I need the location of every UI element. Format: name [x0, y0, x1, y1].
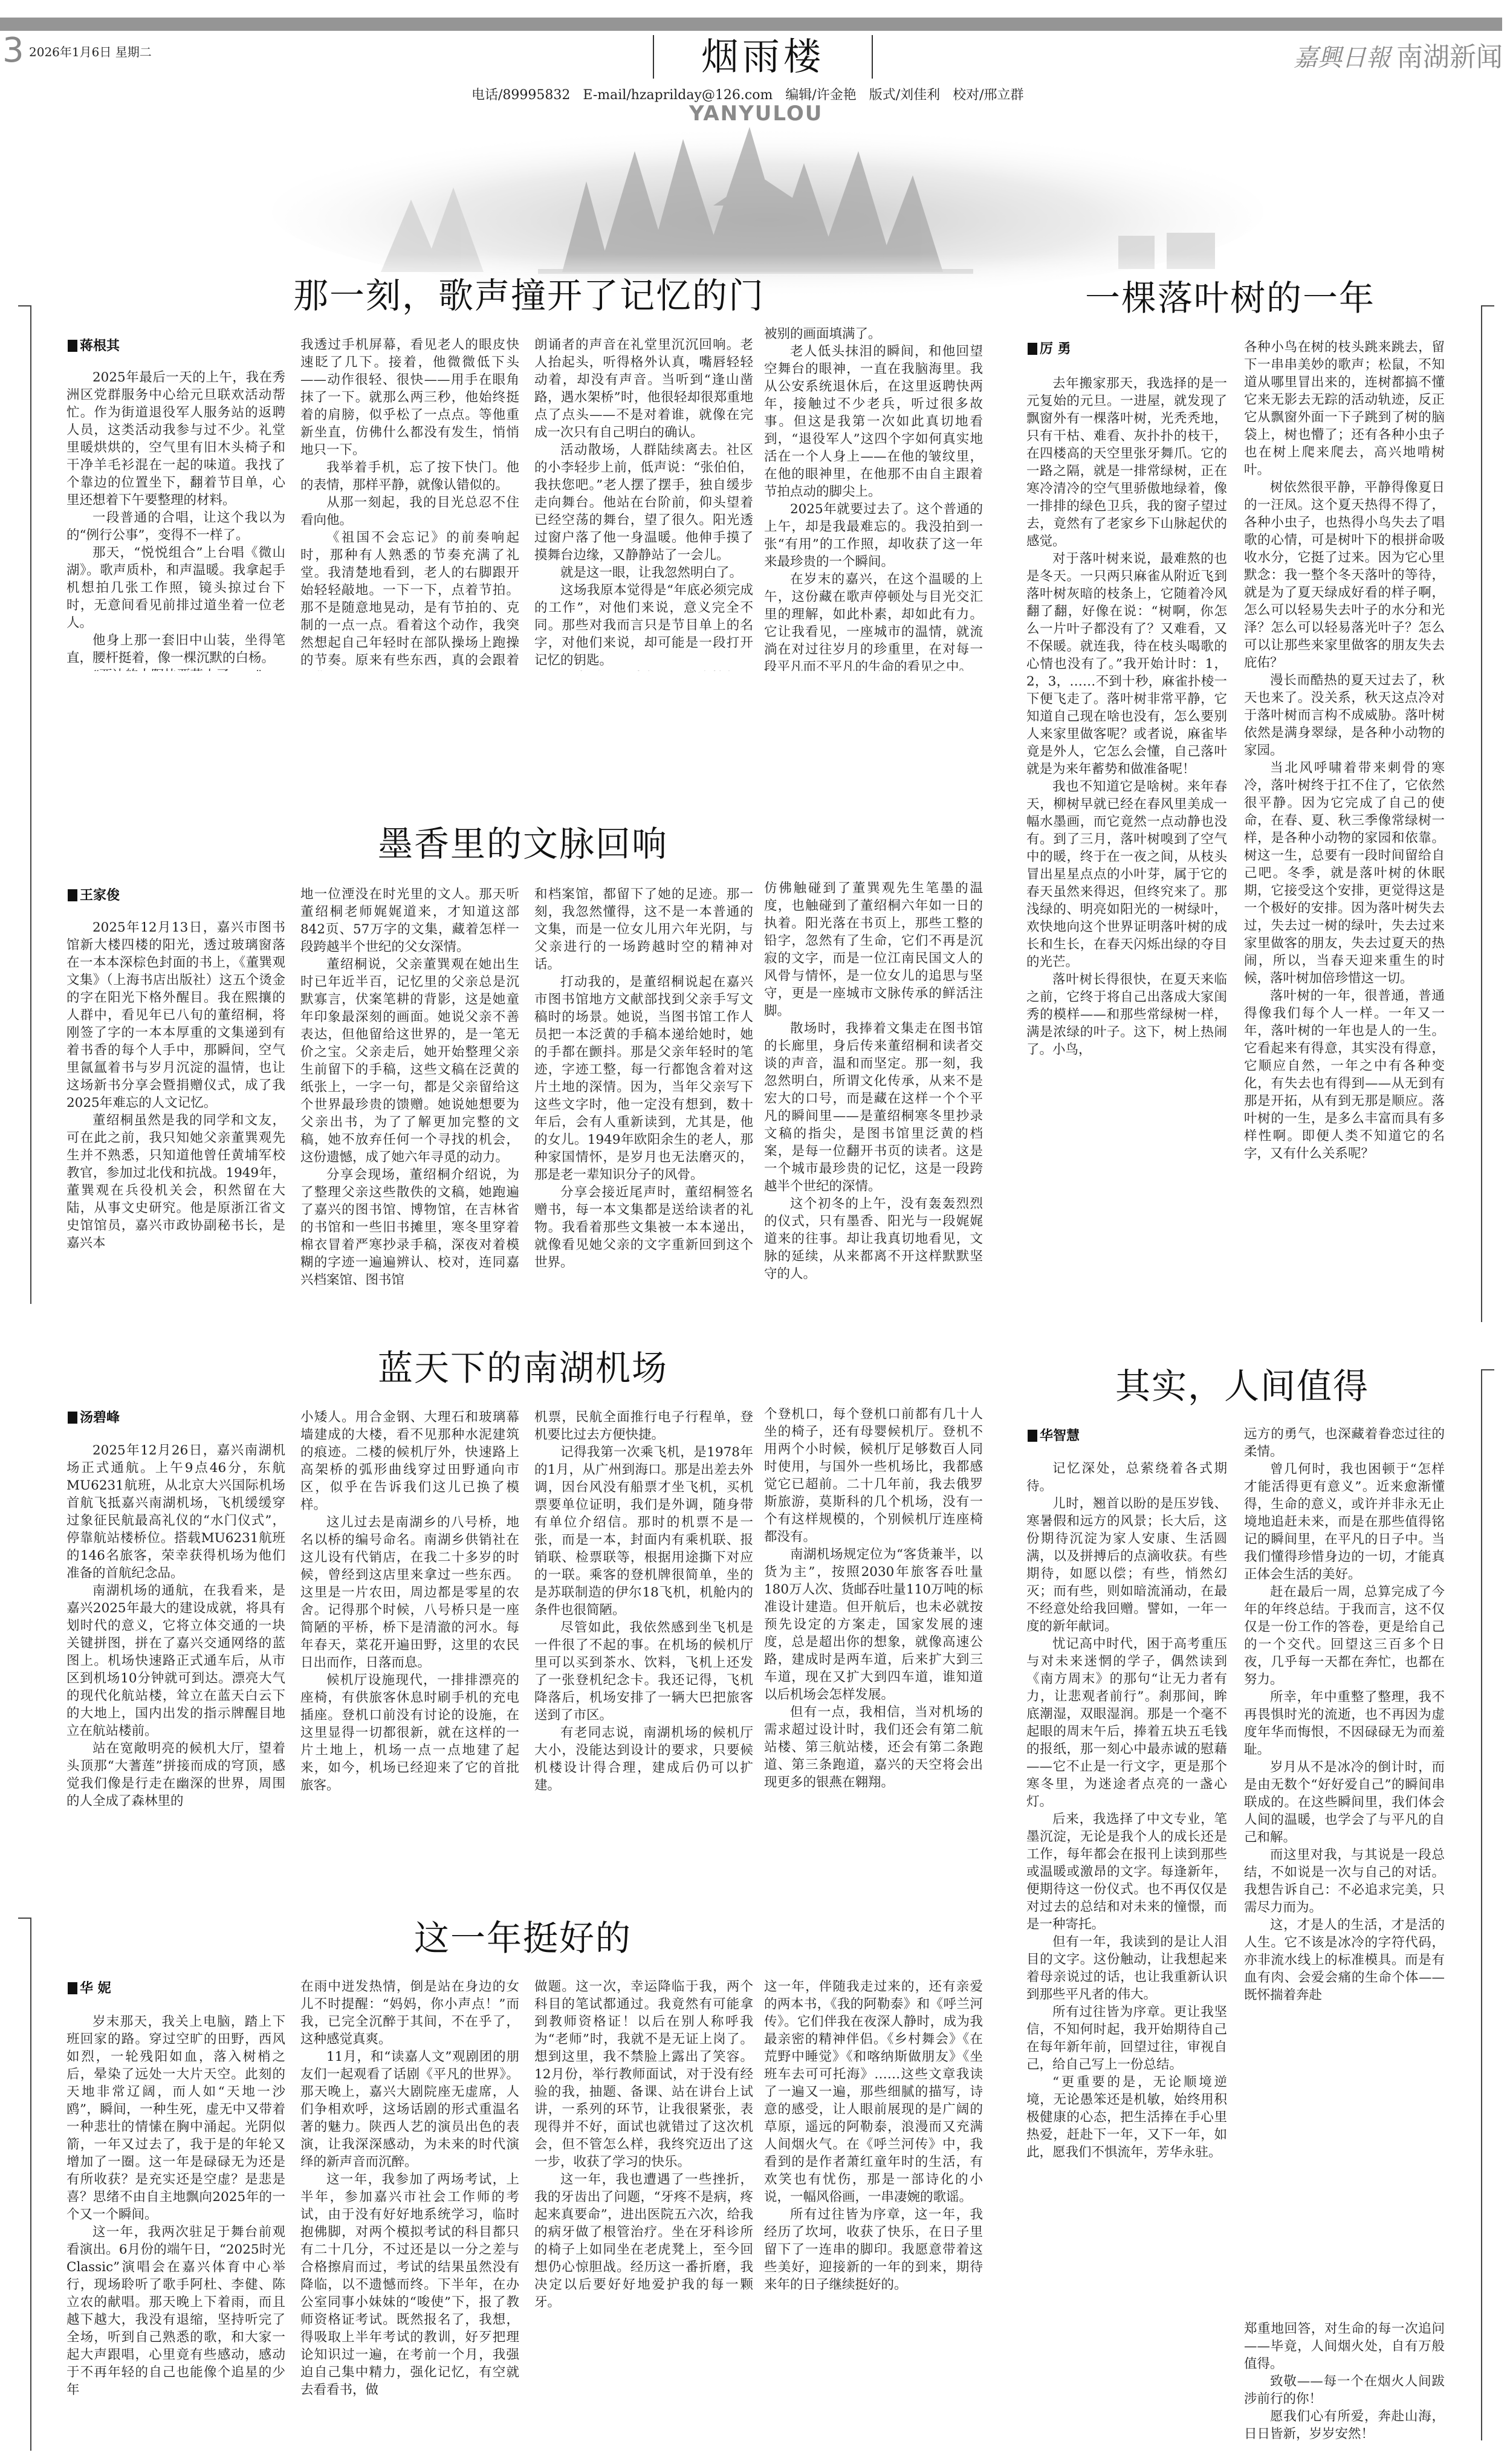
article-paragraph: 远方的勇气，也深藏着眷恋过往的柔情。: [1244, 1425, 1445, 1461]
article-paragraph: 这一年，伴随我走过来的，还有亲爱的两本书，《我的阿勒泰》和《呼兰河传》。它们伴我…: [764, 1978, 983, 2206]
byline-marker-icon: [68, 1412, 77, 1424]
article-paragraph: 尽管如此，我依然感到坐飞机是一件很了不起的事。在机场的候机厅里可以买到茶水、饮料…: [534, 1619, 753, 1724]
author-name: 王家俊: [80, 888, 120, 903]
section-title: 烟雨楼: [701, 34, 825, 79]
article-column: 2025年12月26日，嘉兴南湖机场正式通航。上午9点46分，东航MU6231航…: [66, 1442, 285, 1865]
article-paragraph: 小矮人。用合金钢、大理石和玻璃幕墙建成的大楼，看不见那种水泥建筑的痕迹。二楼的候…: [300, 1409, 519, 1514]
article-column: 各种小鸟在树的枝头跳来跳去，留下一串串美妙的歌声；松鼠，不知道从哪里冒出来的，连…: [1244, 339, 1445, 1321]
article-paragraph: 所幸，年中重整了整理，我不再畏惧时光的流逝，也不再因为虚度年华而悔恨，不因碌碌无…: [1244, 1688, 1445, 1759]
article-paragraph: 岁末那天，我关上电脑，踏上下班回家的路。穿过空旷的田野，西风如烈，一轮残阳如血，…: [66, 2013, 285, 2223]
article-paragraph: 和档案馆，都留下了她的足迹。那一刻，我忽然懂得，这不是一本普通的文集，而是一位女…: [534, 886, 753, 973]
misty-pavilion-photo: [224, 115, 1312, 296]
article-byline: 汤碧峰: [68, 1407, 120, 1426]
frame-bracket: [1481, 305, 1494, 1322]
author-name: 蒋根其: [80, 339, 120, 354]
article-paragraph: 分享会接近尾声时，董绍桐签名赠书，每一本文集都是送给读者的礼物。我看着那些文集被…: [534, 1184, 753, 1271]
article-column: 2025年最后一天的上午，我在秀洲区党群服务中心给元旦联欢活动帮忙。作为街道退役…: [66, 369, 285, 671]
article-paragraph: 但有一年，我读到的是让人泪目的文字。这份触动，让我想起来着母亲说过的话，也让我重…: [1026, 1933, 1227, 2003]
article-paragraph: 曾几何时，我也困顿于“怎样才能活得更有意义”。近来愈渐懂得，生命的意义，或许并非…: [1244, 1461, 1445, 1583]
article-paragraph: 他身上那一套旧中山装，坐得笔直，腰杆挺着，像一棵沉默的白杨。: [66, 632, 285, 667]
article-paragraph: 打动我的，是董绍桐说起在嘉兴市图书馆地方文献部找到父亲手写文稿时的场景。她说，当…: [534, 973, 753, 1184]
article-headline: 一棵落叶树的一年: [1085, 279, 1375, 318]
article-paragraph: 在岁末的嘉兴，在这个温暖的上午，这份藏在歌声停顿处与目光交汇里的理解，如此朴素，…: [764, 571, 983, 671]
article-paragraph: 董绍桐虽然是我的同学和文友，可在此之前，我只知她父亲董巽观先生并不熟悉，只知道他…: [66, 1112, 285, 1252]
article-byline: 厉 勇: [1028, 339, 1071, 357]
article-paragraph: 2025年最后一天的上午，我在秀洲区党群服务中心给元旦联欢活动帮忙。作为街道退役…: [66, 369, 285, 509]
article-headline: 其实，人间值得: [1115, 1367, 1369, 1406]
newspaper-logo: 嘉興日報 南湖新闻: [1294, 35, 1503, 74]
article-paragraph: 记得我第一次乘飞机，是1978年的1月，从广州到海口。那是出差去外调，因台风没有…: [534, 1444, 753, 1619]
article-paragraph: 这一年，我参加了两场考试，上半年，参加嘉兴市社会工作师的考试，由于没有好好地系统…: [300, 2171, 519, 2399]
article-paragraph: 老人低头抹泪的瞬间，和他回望空舞台的眼神，一直在我脑海里。我从公安系统退休后，在…: [764, 343, 983, 501]
author-name: 华 妮: [80, 1981, 111, 1996]
article-column: 个登机口，每个登机口前都有几十人坐的椅子，还有母婴候机厅。登机不用两个小时候，候…: [764, 1405, 983, 1865]
article-paragraph: 这一年，我也遭遇了一些挫折，我的牙齿出了问题，“牙疼不是病，疼起来真要命”，进出…: [534, 2171, 753, 2311]
article-paragraph: 回去后，同事问：“照片拍好了吗？”我一愣，才发现手机里一张照片都没有。但我的心里…: [534, 669, 753, 671]
article-paragraph: 就是这一眼，让我忽然明白了。: [534, 564, 753, 582]
article-column: 做题。这一次，幸运降临于我，两个科目的笔试都通过。我竟然有可能拿到教师资格证！以…: [534, 1978, 753, 2442]
article-headline: 那一刻，歌声撞开了记忆的门: [293, 277, 765, 316]
logo-script: 嘉興日報: [1294, 39, 1390, 73]
byline-marker-icon: [68, 340, 77, 352]
article-paragraph: 有老同志说，南湖机场的候机厅大小，没能达到设计的要求，只要候机楼设计得合理，建成…: [534, 1724, 753, 1794]
article-paragraph: 儿时，翘首以盼的是压岁钱、寒暑假和远方的风景；长大后，这份期待沉淀为家人安康、生…: [1026, 1495, 1227, 1635]
frame-bracket: [18, 305, 31, 1304]
article-paragraph: 记忆深处，总萦绕着各式期待。: [1026, 1460, 1227, 1495]
article-paragraph: 忧记高中时代，困于高考重压与对未来迷惘的学子，偶然读到《南方周末》的那句“让无力…: [1026, 1635, 1227, 1811]
article-byline: 蒋根其: [68, 336, 120, 354]
article-paragraph: 2025年12月26日，嘉兴南湖机场正式通航。上午9点46分，东航MU6231航…: [66, 1442, 285, 1582]
article-paragraph: 南湖机场的通航，在我看来，是嘉兴2025年最大的建设成就，将具有划时代的意义，它…: [66, 1582, 285, 1740]
article-paragraph: 而这里对我，与其说是一段总结，不如说是一次与自己的对话。我想告诉自己：不必追求完…: [1244, 1846, 1445, 1916]
article-column: 2025年12月13日，嘉兴市图书馆新大楼四楼的阳光，透过玻璃窗落在一本本深棕色…: [66, 919, 285, 1312]
article-column: 仿佛触碰到了董巽观先生笔墨的温度，也触碰到了董绍桐六年如一日的执着。阳光落在书页…: [764, 880, 983, 1312]
article-paragraph: 落叶树的一年，很普通，普通得像我们每个人一样。一年又一年，落叶树的一年也是人的一…: [1244, 987, 1445, 1162]
author-name: 华智慧: [1040, 1428, 1080, 1444]
article-paragraph: 郑重地回答，对生命的每一次追问——毕竟，人间烟火处，自有万般值得。: [1244, 2320, 1445, 2373]
article-column: 岁末那天，我关上电脑，踏上下班回家的路。穿过空旷的田野，西风如烈，一轮残阳如血，…: [66, 2013, 285, 2442]
section-masthead: 烟雨楼: [653, 35, 873, 79]
article-headline: 墨香里的文脉回响: [378, 825, 668, 864]
article-paragraph: 漫长而酷热的夏天过去了，秋天也来了。没关系，秋天这点冷对于落叶树而言构不成威胁。…: [1244, 672, 1445, 759]
header-band: [0, 18, 1502, 31]
article-paragraph: 这一年，我两次驻足于舞台前观看演出。6月份的端午日，“2025时光Classic…: [66, 2223, 285, 2399]
article-column: 远方的勇气，也深藏着眷恋过往的柔情。曾几何时，我也困顿于“怎样才能活得更有意义”…: [1244, 1425, 1445, 2320]
article-paragraph: 这儿过去是南湖乡的八号桥，地名以桥的编号命名。南湖乡供销社在这儿设有代销店，在我…: [300, 1514, 519, 1671]
article-paragraph: 落叶树长得很快，在夏天来临之前，它终于将自己出落成大家闺秀的模样——和那些常绿树…: [1026, 971, 1227, 1059]
page-number: 3: [2, 34, 24, 68]
article-paragraph: 在雨中迸发热情，倒是站在身边的女儿不时提醒：“妈妈，你小声点！”而我，已完全沉醉…: [300, 1978, 519, 2048]
article-paragraph: 我举着手机，忘了按下快门。他的表情，那样平静，就像认错似的。: [300, 459, 519, 494]
article-byline: 华智慧: [1028, 1425, 1080, 1444]
article-paragraph: 这场我原本觉得是“年底必须完成的工作”，对他们来说，意义完全不同。那些对我而言只…: [534, 582, 753, 669]
article-paragraph: 南湖机场规定位为“客货兼半，以货为主”，按照2030年旅客吞吐量180万人次、货…: [764, 1546, 983, 1704]
article-byline: 华 妮: [68, 1978, 111, 1997]
article-column: 被别的画面填满了。老人低头抹泪的瞬间，和他回望空舞台的眼神，一直在我脑海里。我从…: [764, 325, 983, 671]
article-paragraph: “西边的太阳快要落山了……”: [66, 667, 285, 671]
article-paragraph: 致敬——每一个在烟火人间跋涉前行的你！: [1244, 2373, 1445, 2408]
article-column: 机票，民航全面推行电子行程单，登机要比过去方便快捷。记得我第一次乘飞机，是197…: [534, 1409, 753, 1865]
article-column: 地一位湮没在时光里的文人。那天听董绍桐老师娓娓道来，才知道这部842页、57万字…: [300, 886, 519, 1312]
byline-marker-icon: [1028, 1430, 1037, 1442]
article-paragraph: 董绍桐说，父亲董巽观在她出生时已年近半百，记忆里的父亲总是沉默寡言，伏案笔耕的背…: [300, 956, 519, 1166]
article-paragraph: 但有一点，我相信，当对机场的需求超过设计时，我们还会有第二航站楼、第三航站楼，还…: [764, 1704, 983, 1791]
logo-name: 南湖新闻: [1396, 35, 1503, 74]
article-paragraph: 被别的画面填满了。: [764, 325, 983, 343]
frame-bracket: [1481, 1369, 1494, 2440]
article-paragraph: 2025年12月13日，嘉兴市图书馆新大楼四楼的阳光，透过玻璃窗落在一本本深棕色…: [66, 919, 285, 1112]
article-paragraph: 分享会现场，董绍桐介绍说，为了整理父亲这些散佚的文稿，她跑遍了嘉兴的图书馆、博物…: [300, 1166, 519, 1289]
article-paragraph: 对于落叶树来说，最难熬的也是冬天。一只两只麻雀从附近飞到落叶树灰暗的枝条上，它随…: [1026, 550, 1227, 778]
byline-marker-icon: [68, 1982, 77, 1994]
article-byline: 王家俊: [68, 885, 120, 904]
article-paragraph: 2025年就要过去了。这个普通的上午，却是我最难忘的。我没拍到一张“有用”的工作…: [764, 501, 983, 571]
article-paragraph: 机票，民航全面推行电子行程单，登机要比过去方便快捷。: [534, 1409, 753, 1444]
article-paragraph: 散场时，我捧着文集走在图书馆的长廊里，身后传来董绍桐和读者交谈的声音，温和而坚定…: [764, 1020, 983, 1195]
article-column: 朗诵者的声音在礼堂里沉沉回响。老人抬起头，听得格外认真，嘴唇轻轻动着，却没有声音…: [534, 336, 753, 671]
article-column: 小矮人。用合金钢、大理石和玻璃幕墙建成的大楼，看不见那种水泥建筑的痕迹。二楼的候…: [300, 1409, 519, 1865]
article-paragraph: 这，才是人的生活，才是活的人生。它不该是冰冷的字符代码，亦非流水线上的标准模具。…: [1244, 1916, 1445, 2004]
article-paragraph: 做题。这一次，幸运降临于我，两个科目的笔试都通过。我竟然有可能拿到教师资格证！以…: [534, 1978, 753, 2171]
article-paragraph: 愿我们心有所爱，奔赴山海，日日皆新，岁岁安然！: [1244, 2408, 1445, 2443]
article-paragraph: 站在宽敞明亮的候机大厅，望着头顶那“大蓍莲”拼接而成的穹顶，感觉我们像是行走在幽…: [66, 1740, 285, 1810]
article-paragraph: “更重要的是，无论顺境逆境，无论愚笨还是机敏，始终用积极健康的心态，把生活捧在手…: [1026, 2073, 1227, 2161]
article-paragraph: 个登机口，每个登机口前都有几十人坐的椅子，还有母婴候机厅。登机不用两个小时候，候…: [764, 1405, 983, 1546]
article-paragraph: 树依然很平静，平静得像夏日的一汪凤。这个夏天热得不得了，各种小虫子，也热得小鸟失…: [1244, 479, 1445, 672]
article-headline: 这一年挺好的: [414, 1919, 632, 1958]
article-paragraph: 后来，我选择了中文专业，笔墨沉淀，无论是我个人的成长还是工作，每年都会在报刊上读…: [1026, 1811, 1227, 1933]
article-paragraph: 我透过手机屏幕，看见老人的眼皮快速眨了几下。接着，他微微低下头——动作很轻、很快…: [300, 336, 519, 459]
article-column: 我透过手机屏幕，看见老人的眼皮快速眨了几下。接着，他微微低下头——动作很轻、很快…: [300, 336, 519, 671]
byline-marker-icon: [68, 889, 77, 901]
article-column: 和档案馆，都留下了她的足迹。那一刻，我忽然懂得，这不是一本普通的文集，而是一位女…: [534, 886, 753, 1312]
article-paragraph: 候机厅设施现代，一排排漂亮的座椅，有供旅客休息时刷手机的充电插座。登机口前没有讨…: [300, 1671, 519, 1794]
author-name: 汤碧峰: [80, 1410, 120, 1425]
article-paragraph: 朗诵者的声音在礼堂里沉沉回响。老人抬起头，听得格外认真，嘴唇轻轻动着，却没有声音…: [534, 336, 753, 441]
article-paragraph: 所有过往皆为序章，这一年，我经历了坎坷，收获了快乐，在日子里留下了一连串的脚印。…: [764, 2206, 983, 2294]
article-paragraph: 我也不知道它是啥树。来年春天，柳树早就已经在春风里美成一幅水墨画，而它竟然一点动…: [1026, 778, 1227, 971]
article-column: 这一年，伴随我走过来的，还有亲爱的两本书，《我的阿勒泰》和《呼兰河传》。它们伴我…: [764, 1978, 983, 2442]
byline-marker-icon: [1028, 343, 1037, 355]
article-paragraph: 地一位湮没在时光里的文人。那天听董绍桐老师娓娓道来，才知道这部842页、57万字…: [300, 886, 519, 956]
article-paragraph: 仿佛触碰到了董巽观先生笔墨的温度，也触碰到了董绍桐六年如一日的执着。阳光落在书页…: [764, 880, 983, 1020]
article-column: 记忆深处，总萦绕着各式期待。儿时，翘首以盼的是压岁钱、寒暑假和远方的风景；长大后…: [1026, 1460, 1227, 2445]
article-paragraph: 这个初冬的上午，没有轰轰烈烈的仪式，只有墨香、阳光与一段娓娓道来的往事。却让我真…: [764, 1195, 983, 1283]
article-paragraph: 赶在最后一周，总算完成了今年的年终总结。于我而言，这不仅仅是一份工作的答卷，更是…: [1244, 1583, 1445, 1688]
article-headline: 蓝天下的南湖机场: [378, 1349, 668, 1388]
issue-date: 2026年1月6日 星期二: [29, 42, 152, 60]
article-paragraph: 那天，“悦悦组合”上台唱《微山湖》。歌声质朴，和声温暖。我拿起手机想拍几张工作照…: [66, 544, 285, 632]
article-paragraph: 去年搬家那天，我选择的是一元复始的元旦。一进屋，就发现了飘窗外有一棵落叶树，光秃…: [1026, 375, 1227, 550]
author-name: 厉 勇: [1040, 342, 1071, 357]
article-column: 去年搬家那天，我选择的是一元复始的元旦。一进屋，就发现了飘窗外有一棵落叶树，光秃…: [1026, 375, 1227, 1321]
article-column: 在雨中迸发热情，倒是站在身边的女儿不时提醒：“妈妈，你小声点！”而我，已完全沉醉…: [300, 1978, 519, 2442]
article-paragraph: 一段普通的合唱，让这个我以为的“例行公事”，变得不一样了。: [66, 509, 285, 544]
article-paragraph: 各种小鸟在树的枝头跳来跳去，留下一串串美妙的歌声；松鼠，不知道从哪里冒出来的，连…: [1244, 339, 1445, 479]
article-paragraph: 岁月从不是冰冷的倒计时，而是由无数个“好好爱自己”的瞬间串联成的。在这些瞬间里，…: [1244, 1759, 1445, 1846]
frame-bracket: [18, 1918, 31, 2451]
article-paragraph: 当北风呼啸着带来刺骨的寒冷，落叶树终于扛不住了，它依然很平静。因为它完成了自己的…: [1244, 759, 1445, 987]
article-paragraph: 从那一刻起，我的目光总忍不住看向他。: [300, 494, 519, 529]
contact-line: 电话/89995832 E-mail/hzaprilday@126.com 编辑…: [471, 85, 1024, 103]
article-paragraph: 11月，和“读嘉人文”观剧团的朋友们一起观看了话剧《平凡的世界》。那天晚上，嘉兴…: [300, 2048, 519, 2171]
article-paragraph: 活动散场，人群陆续离去。社区的小李轻步上前，低声说：“张伯伯，我扶您吧。”老人摆…: [534, 441, 753, 564]
article-paragraph: 《祖国不会忘记》的前奏响起时，那种有人熟悉的节奏充满了礼堂。我清楚地看到，老人的…: [300, 529, 519, 671]
article-paragraph: 所有过往皆为序章。更让我坚信，不知何时起，我开始期待自己在每年新年前，回望过往，…: [1026, 2003, 1227, 2073]
article-column: 郑重地回答，对生命的每一次追问——毕竟，人间烟火处，自有万般值得。致敬——每一个…: [1244, 2320, 1445, 2444]
